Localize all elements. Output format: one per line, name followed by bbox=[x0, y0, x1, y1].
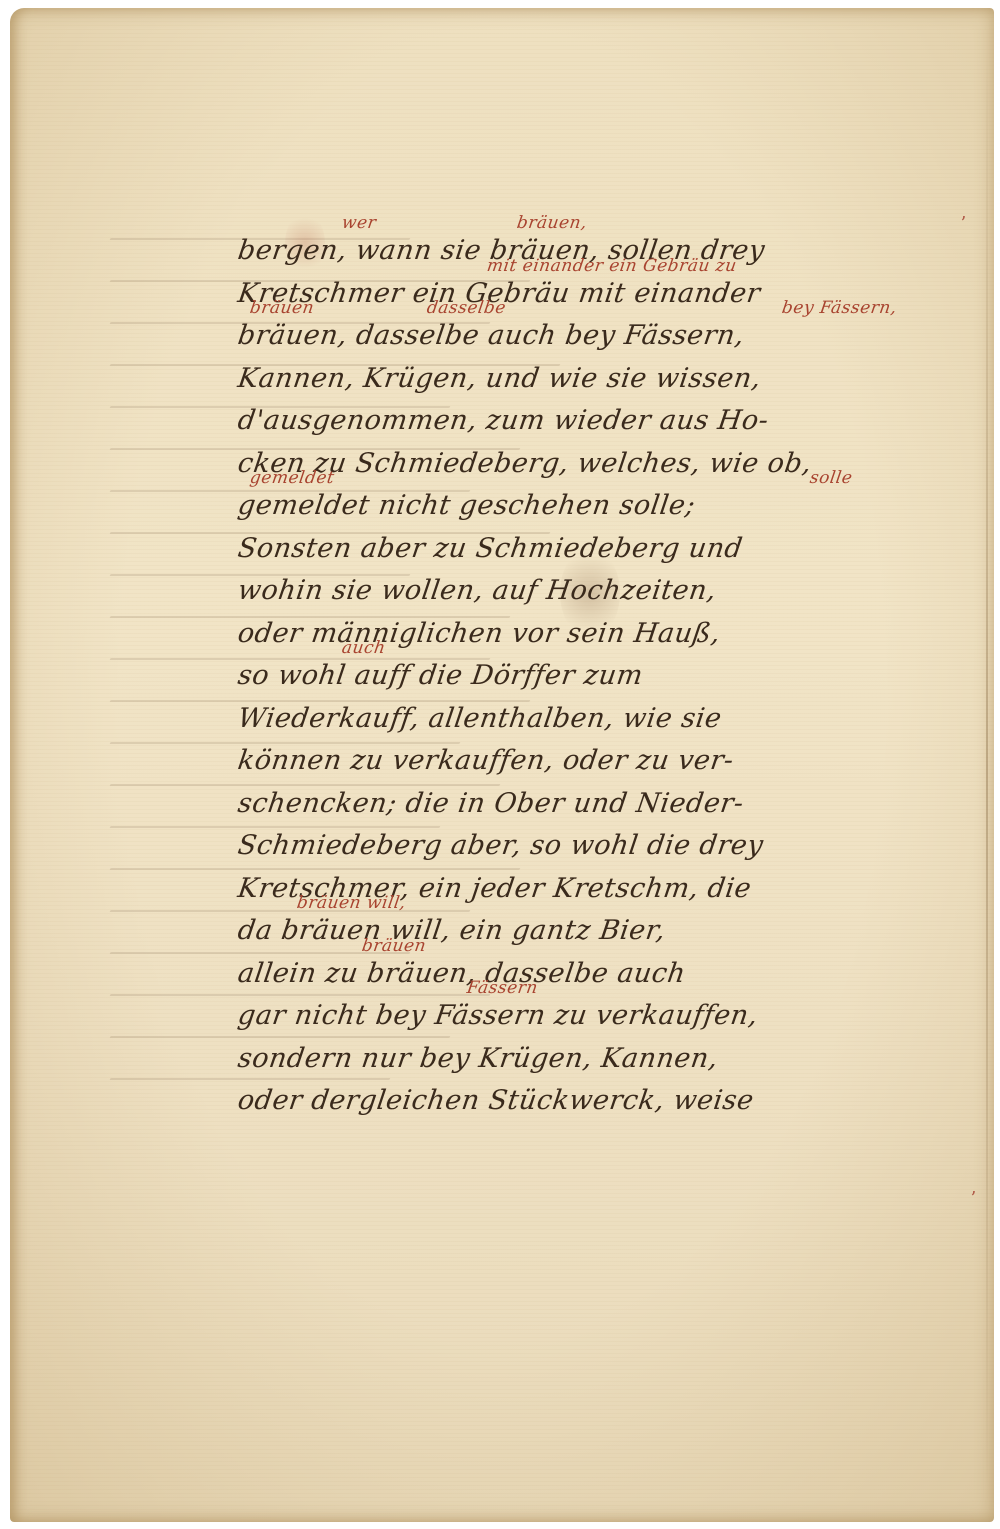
correction-note: Fässern bbox=[466, 979, 539, 997]
text-line: allein zu bräuen, dasselbe auch bräuen bbox=[235, 953, 1000, 996]
line-text: gemeldet nicht geschehen solle; bbox=[236, 490, 697, 521]
line-text: so wohl auff die Dörffer zum bbox=[236, 660, 645, 691]
correction-note: bräuen bbox=[249, 299, 316, 317]
line-text: wohin sie wollen, auf Hochzeiten, bbox=[236, 575, 718, 606]
text-line: schencken; die in Ober und Nieder- bbox=[235, 783, 1000, 826]
line-text: da bräuen will, ein gantz Bier, bbox=[236, 915, 668, 946]
text-line: oder dergleichen Stückwerck, weise bbox=[235, 1080, 1000, 1123]
margin-mark: ʼ bbox=[960, 213, 966, 234]
line-text: Kannen, Krügen, und wie sie wissen, bbox=[236, 363, 763, 394]
text-line: so wohl auff die Dörffer zum auch bbox=[235, 655, 1000, 698]
line-text: oder männiglichen vor sein Hauß, bbox=[236, 618, 723, 649]
handwritten-text-block: bergen, wann sie bräuen, sollen drey wer… bbox=[238, 230, 998, 1123]
correction-note: bräuen, bbox=[516, 214, 589, 232]
text-line: bräuen, dasselbe auch bey Fässern, bräue… bbox=[235, 315, 1000, 358]
correction-note: dasselbe bbox=[426, 299, 507, 317]
correction-note: bräuen will, bbox=[296, 894, 407, 912]
text-line: wohin sie wollen, auf Hochzeiten, bbox=[235, 570, 1000, 613]
text-line: Sonsten aber zu Schmiedeberg und bbox=[235, 528, 1000, 571]
line-text: d'ausgenommen, zum wieder aus Ho- bbox=[236, 405, 771, 436]
correction-note: auch bbox=[341, 639, 387, 657]
correction-note: mit einander ein Gebräu zu bbox=[486, 257, 738, 275]
line-text: Sonsten aber zu Schmiedeberg und bbox=[236, 533, 745, 564]
text-line: Wiederkauff, allenthalben, wie sie bbox=[235, 698, 1000, 741]
line-text: Schmiedeberg aber, so wohl die drey bbox=[236, 830, 765, 861]
text-line: können zu verkauffen, oder zu ver- bbox=[235, 740, 1000, 783]
text-line: gar nicht bey Fässern zu verkauffen, Fäs… bbox=[235, 995, 1000, 1038]
correction-note: bräuen bbox=[361, 937, 428, 955]
line-text: schencken; die in Ober und Nieder- bbox=[236, 788, 746, 819]
text-line: d'ausgenommen, zum wieder aus Ho- bbox=[235, 400, 1000, 443]
line-text: oder dergleichen Stückwerck, weise bbox=[236, 1085, 756, 1116]
line-text: sondern nur bey Krügen, Kannen, bbox=[236, 1043, 720, 1074]
line-text: allein zu bräuen, dasselbe auch bbox=[236, 958, 688, 989]
correction-note: bey Fässern, bbox=[781, 299, 898, 317]
line-text: bräuen, dasselbe auch bey Fässern, bbox=[236, 320, 746, 351]
margin-mark: ʼ bbox=[970, 1188, 976, 1209]
correction-note: wer bbox=[341, 214, 378, 232]
line-text: gar nicht bey Fässern zu verkauffen, bbox=[236, 1000, 760, 1031]
manuscript-page: bergen, wann sie bräuen, sollen drey wer… bbox=[10, 8, 994, 1522]
text-line: sondern nur bey Krügen, Kannen, bbox=[235, 1038, 1000, 1081]
text-line: Schmiedeberg aber, so wohl die drey bbox=[235, 825, 1000, 868]
line-text: Wiederkauff, allenthalben, wie sie bbox=[236, 703, 724, 734]
line-text: können zu verkauffen, oder zu ver- bbox=[236, 745, 736, 776]
text-line: da bräuen will, ein gantz Bier, bräuen w… bbox=[235, 910, 1000, 953]
correction-note: gemeldet bbox=[249, 469, 336, 487]
text-line: Kannen, Krügen, und wie sie wissen, bbox=[235, 358, 1000, 401]
correction-note: solle bbox=[809, 469, 854, 487]
text-line: gemeldet nicht geschehen solle; gemeldet… bbox=[235, 485, 1000, 528]
text-line: cken zu Schmiedeberg, welches, wie ob, bbox=[235, 443, 1000, 486]
